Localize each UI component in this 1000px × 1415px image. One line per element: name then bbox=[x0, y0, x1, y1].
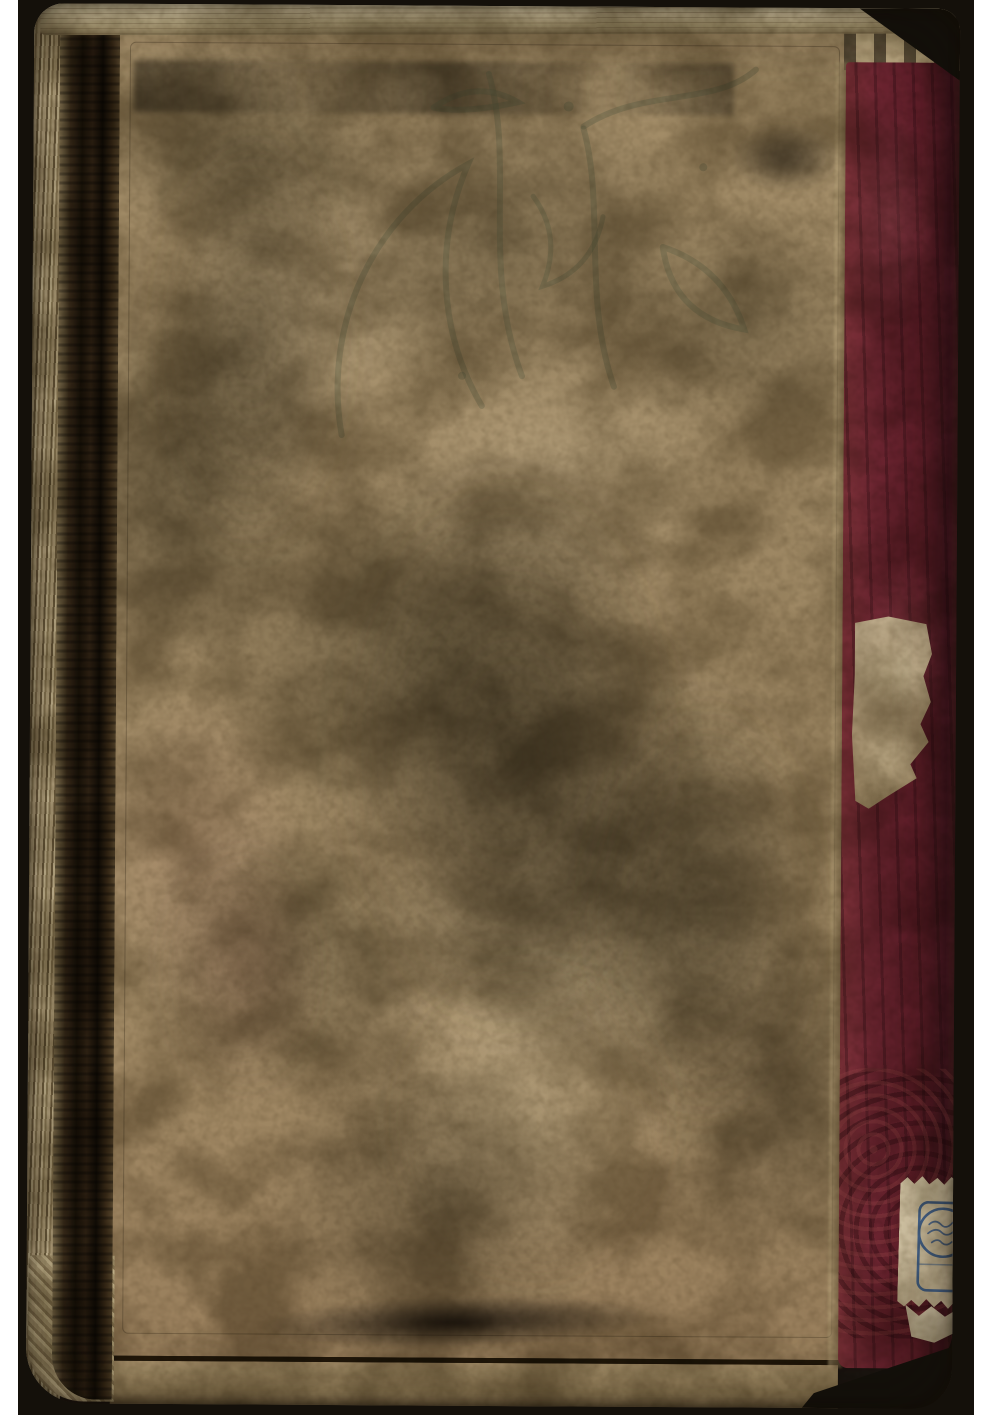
cover-bottom-crease bbox=[110, 1356, 838, 1409]
photo-frame bbox=[0, 0, 1000, 1415]
leather-edge-strip bbox=[52, 17, 120, 1399]
library-stamp-icon bbox=[897, 1176, 960, 1310]
floral-pattern bbox=[281, 45, 824, 468]
stamp-label bbox=[897, 1176, 960, 1310]
book bbox=[26, 3, 961, 1409]
page-edges-top bbox=[40, 3, 956, 35]
